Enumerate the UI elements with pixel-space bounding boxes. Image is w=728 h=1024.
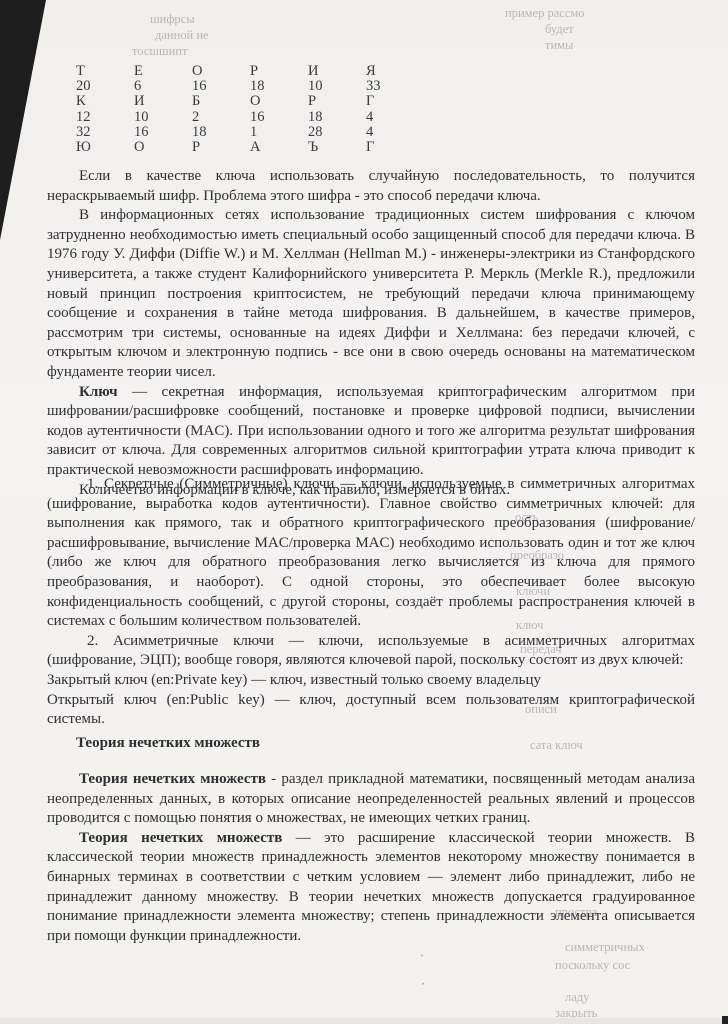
cipher-cell: Б bbox=[192, 94, 250, 109]
cipher-cell: Р bbox=[308, 94, 366, 109]
fuzzy-sets-section: Теория нечетких множеств - раздел прикла… bbox=[47, 770, 695, 946]
scan-speck: ˈ bbox=[421, 980, 425, 995]
scan-corner-shadow bbox=[0, 0, 46, 240]
paragraph-key-definition: Ключ — секретная информация, используема… bbox=[47, 383, 695, 481]
cipher-cell: О bbox=[134, 140, 192, 155]
cipher-cell: А bbox=[250, 140, 308, 155]
cipher-cell: 2 bbox=[192, 110, 250, 125]
cipher-cell: Г bbox=[366, 140, 424, 155]
cipher-cell: 10 bbox=[134, 110, 192, 125]
paragraph-random-key: Если в качестве ключа использовать случа… bbox=[47, 167, 695, 206]
bleed-through-text: шифрсы bbox=[150, 12, 195, 27]
bleed-through-text: сата ключ bbox=[530, 738, 583, 753]
cipher-cell: 28 bbox=[308, 125, 366, 140]
page-bottom-edge bbox=[0, 1018, 728, 1024]
cipher-cell: Ъ bbox=[308, 140, 366, 155]
cipher-cell: Я bbox=[366, 64, 424, 79]
bleed-through-text: пример рассмо bbox=[505, 6, 585, 21]
cipher-cell: 32 bbox=[76, 125, 134, 140]
cipher-cell: И bbox=[134, 94, 192, 109]
cipher-row: 20 6 16 18 10 33 bbox=[76, 79, 424, 94]
cipher-cell: 16 bbox=[134, 125, 192, 140]
public-key-line: Открытый ключ (en:Public key) — ключ, до… bbox=[47, 691, 695, 730]
paragraph-diffie-hellman: В информационных сетях использование тра… bbox=[47, 206, 695, 382]
cipher-cell: И bbox=[308, 64, 366, 79]
cipher-cell: 4 bbox=[366, 110, 424, 125]
cipher-cell: Р bbox=[192, 140, 250, 155]
cipher-cell: О bbox=[250, 94, 308, 109]
cipher-row: 12 10 2 16 18 4 bbox=[76, 110, 424, 125]
bleed-through-text: данной не bbox=[155, 28, 209, 43]
private-key-line: Закрытый ключ (en:Private key) — ключ, и… bbox=[47, 671, 695, 691]
definition-text: — это расширение классической теории мно… bbox=[47, 830, 695, 944]
cipher-cell: 10 bbox=[308, 79, 366, 94]
term-fuzzy-sets: Теория нечетких множеств bbox=[79, 771, 266, 787]
cipher-table: Т Е О Р И Я 20 6 16 18 10 33 К И Б О Р Г… bbox=[76, 64, 424, 155]
cipher-cell: 16 bbox=[192, 79, 250, 94]
cipher-cell: 33 bbox=[366, 79, 424, 94]
cipher-cell: 18 bbox=[308, 110, 366, 125]
bleed-through-text: тосшшипт bbox=[132, 44, 188, 59]
cipher-cell: 12 bbox=[76, 110, 134, 125]
list-item-symmetric: 1. Секретные (Симметричные) ключи — ключ… bbox=[47, 475, 695, 632]
paragraph-fuzzy-extension: Теория нечетких множеств — это расширени… bbox=[47, 829, 695, 947]
section-heading: Теория нечетких множеств bbox=[76, 735, 260, 752]
cipher-cell: 18 bbox=[192, 125, 250, 140]
bleed-through-text: ладу bbox=[565, 990, 589, 1005]
list-item-asymmetric: 2. Асимметричные ключи — ключи, использу… bbox=[47, 632, 695, 671]
cipher-cell: Т bbox=[76, 64, 134, 79]
cipher-row: Ю О Р А Ъ Г bbox=[76, 140, 424, 155]
cipher-cell: Ю bbox=[76, 140, 134, 155]
definition-text: — секретная информация, используемая кри… bbox=[47, 384, 695, 478]
term-fuzzy-sets: Теория нечетких множеств bbox=[79, 830, 282, 846]
key-types-list: 1. Секретные (Симметричные) ключи — ключ… bbox=[47, 475, 695, 730]
scanned-page: шифрсы данной не тосшшипт пример рассмо … bbox=[0, 0, 728, 1024]
term-key: Ключ bbox=[79, 384, 118, 400]
bleed-through-text: будет bbox=[545, 22, 574, 37]
scan-speck: ˈ bbox=[420, 952, 424, 967]
cipher-cell: 18 bbox=[250, 79, 308, 94]
cipher-cell: О bbox=[192, 64, 250, 79]
cipher-row: К И Б О Р Г bbox=[76, 94, 424, 109]
scan-corner-dark bbox=[722, 1016, 728, 1024]
cipher-cell: 6 bbox=[134, 79, 192, 94]
cipher-cell: 20 bbox=[76, 79, 134, 94]
cipher-row: Т Е О Р И Я bbox=[76, 64, 424, 79]
bleed-through-text: тимы bbox=[545, 38, 573, 53]
cipher-cell: 1 bbox=[250, 125, 308, 140]
cipher-cell: 16 bbox=[250, 110, 308, 125]
bleed-through-text: поскольку сос bbox=[555, 958, 630, 973]
cipher-cell: 4 bbox=[366, 125, 424, 140]
cipher-row: 32 16 18 1 28 4 bbox=[76, 125, 424, 140]
cipher-cell: Г bbox=[366, 94, 424, 109]
cipher-cell: Е bbox=[134, 64, 192, 79]
cipher-cell: Р bbox=[250, 64, 308, 79]
cipher-cell: К bbox=[76, 94, 134, 109]
body-text-block: Если в качестве ключа использовать случа… bbox=[47, 167, 695, 500]
paragraph-fuzzy-definition: Теория нечетких множеств - раздел прикла… bbox=[47, 770, 695, 829]
